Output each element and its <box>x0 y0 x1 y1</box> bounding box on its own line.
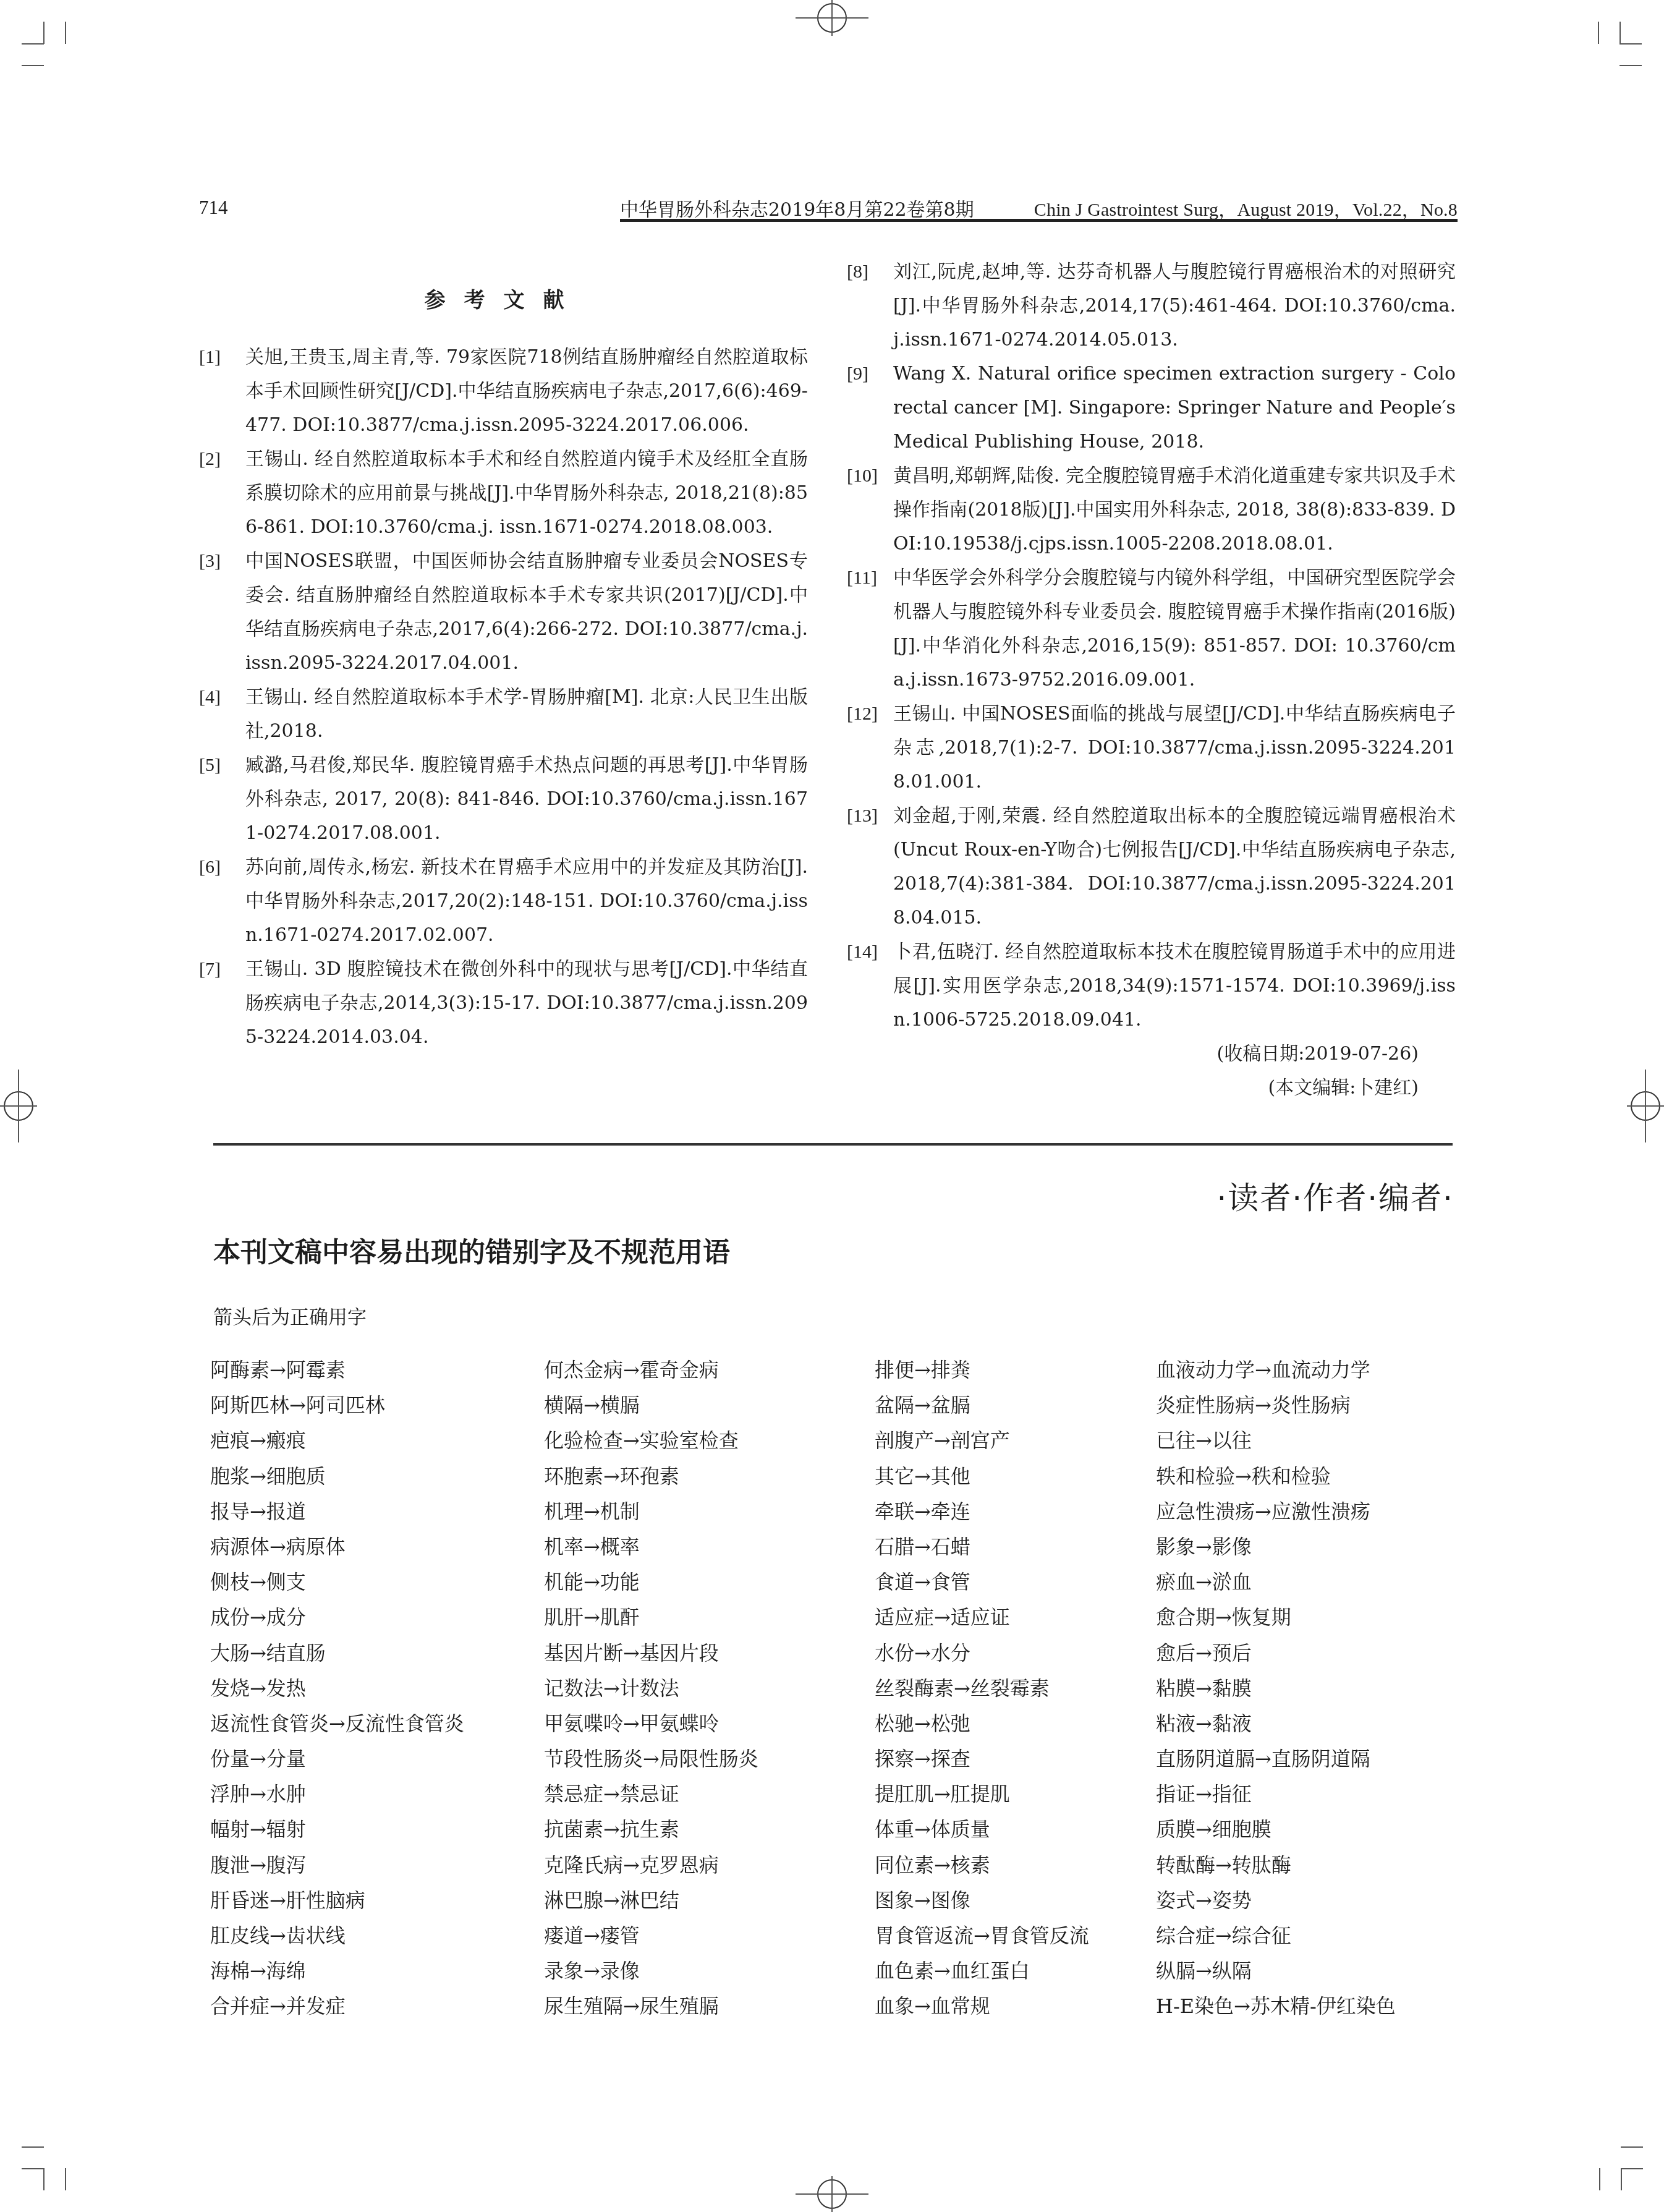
term-correction-item: 阿斯匹林→阿司匹林 <box>210 1388 544 1423</box>
term-correction-item: H-E染色→苏木精-伊红染色 <box>1156 1989 1459 2024</box>
reference-item: [11]中华医学会外科学分会腹腔镜与内镜外科学组，中国研究型医院学会机器人与腹腔… <box>847 561 1456 697</box>
term-correction-item: 提肛肌→肛提肌 <box>875 1777 1156 1812</box>
reference-item: [6]苏向前,周传永,杨宏. 新技术在胃癌手术应用中的并发症及其防治[J].中华… <box>199 850 808 952</box>
term-correction-item: 适应症→适应证 <box>875 1600 1156 1635</box>
crop-mark <box>1599 2168 1600 2190</box>
term-correction-item: 排便→排粪 <box>875 1353 1156 1388</box>
reference-item: [8]刘江,阮虎,赵坤,等. 达芬奇机器人与腹腔镜行胃癌根治术的对照研究[J].… <box>847 255 1456 357</box>
reference-item: [1]关旭,王贵玉,周主青,等. 79家医院718例结直肠肿瘤经自然腔道取标本手… <box>199 340 808 442</box>
crop-mark <box>43 2168 45 2190</box>
term-correction-item: 丝裂酶素→丝裂霉素 <box>875 1671 1156 1706</box>
term-correction-item: 成份→成分 <box>210 1600 544 1635</box>
notice-title: 本刊文稿中容易出现的错别字及不规范用语 <box>213 1230 730 1270</box>
term-correction-item: 姿式→姿势 <box>1156 1883 1459 1918</box>
running-header: 中华胃肠外科杂志2019年8月第22卷第8期 Chin J Gastrointe… <box>620 194 1458 222</box>
crop-mark <box>1621 2168 1622 2190</box>
term-correction-item: 浮肿→水肿 <box>210 1777 544 1812</box>
crop-mark <box>1598 22 1599 44</box>
reference-item: [12]王锡山. 中国NOSES面临的挑战与展望[J/CD].中华结直肠疾病电子… <box>847 697 1456 799</box>
term-correction-item: 纵膈→纵隔 <box>1156 1954 1459 1989</box>
term-correction-item: 淋巴腺→淋巴结 <box>544 1883 875 1918</box>
term-correction-item: 机理→机制 <box>544 1494 875 1529</box>
term-correction-item: 病源体→病原体 <box>210 1529 544 1565</box>
notice-subtitle: 箭头后为正确用字 <box>213 1301 367 1329</box>
crop-mark <box>1619 22 1621 44</box>
term-correction-item: 已往→以往 <box>1156 1423 1459 1458</box>
reference-item: [9]Wang X. Natural orifice specimen extr… <box>847 357 1456 459</box>
term-correction-item: 转酞酶→转肽酶 <box>1156 1848 1459 1883</box>
editor-credit: (本文编辑:卜建红) <box>847 1071 1456 1105</box>
term-correction-item: 直肠阴道膈→直肠阴道隔 <box>1156 1742 1459 1777</box>
term-correction-item: 腹泄→腹泻 <box>210 1848 544 1883</box>
term-correction-item: 报导→报道 <box>210 1494 544 1529</box>
crop-mark <box>22 65 44 66</box>
term-correction-item: 同位素→核素 <box>875 1848 1156 1883</box>
term-correction-item: 应急性溃疡→应激性溃疡 <box>1156 1494 1459 1529</box>
term-correction-item: 轶和检验→秩和检验 <box>1156 1459 1459 1494</box>
term-correction-item: 何杰金病→霍奇金病 <box>544 1353 875 1388</box>
term-correction-item: 横隔→横膈 <box>544 1388 875 1423</box>
term-correction-item: 肛皮线→齿状线 <box>210 1918 544 1954</box>
reference-item: [10]黄昌明,郑朝辉,陆俊. 完全腹腔镜胃癌手术消化道重建专家共识及手术操作指… <box>847 459 1456 561</box>
term-correction-item: 记数法→计数法 <box>544 1671 875 1706</box>
term-correction-item: 抗菌素→抗生素 <box>544 1812 875 1847</box>
term-correction-item: 剖腹产→剖宫产 <box>875 1423 1156 1458</box>
term-correction-item: 禁忌症→禁忌证 <box>544 1777 875 1812</box>
reference-item: [4]王锡山. 经自然腔道取标本手术学-胃肠肿瘤[M]. 北京:人民卫生出版社,… <box>199 680 808 748</box>
term-correction-item: 尿生殖隔→尿生殖膈 <box>544 1989 875 2024</box>
crop-mark <box>1621 2146 1643 2148</box>
term-correction-item: 胞浆→细胞质 <box>210 1459 544 1494</box>
references-right-column: [8]刘江,阮虎,赵坤,等. 达芬奇机器人与腹腔镜行胃癌根治术的对照研究[J].… <box>847 255 1456 1105</box>
term-correction-item: 化验检查→实验室检查 <box>544 1423 875 1458</box>
crop-mark <box>1621 2168 1643 2169</box>
term-correction-item: 大肠→结直肠 <box>210 1636 544 1671</box>
references-left-column: [1]关旭,王贵玉,周主青,等. 79家医院718例结直肠肿瘤经自然腔道取标本手… <box>199 340 808 1054</box>
reference-item: [14]卜君,伍晓汀. 经自然腔道取标本技术在腹腔镜胃肠道手术中的应用进展[J]… <box>847 935 1456 1037</box>
term-correction-item: 其它→其他 <box>875 1459 1156 1494</box>
term-correction-item: 探察→探查 <box>875 1742 1156 1777</box>
term-correction-item: 克隆氏病→克罗恩病 <box>544 1848 875 1883</box>
term-correction-item: 综合症→综合征 <box>1156 1918 1459 1954</box>
term-correction-item: 愈后→预后 <box>1156 1636 1459 1671</box>
term-correction-item: 炎症性肠病→炎性肠病 <box>1156 1388 1459 1423</box>
term-correction-item: 图象→图像 <box>875 1883 1156 1918</box>
term-correction-item: 幅射→辐射 <box>210 1812 544 1847</box>
journal-title-en: Chin J Gastrointest Surg，August 2019，Vol… <box>1034 194 1458 221</box>
term-correction-item: 肌肝→肌酐 <box>544 1600 875 1635</box>
term-correction-item: 体重→体质量 <box>875 1812 1156 1847</box>
crop-mark <box>22 2168 44 2169</box>
term-correction-item: 胃食管返流→胃食管反流 <box>875 1918 1156 1954</box>
crop-mark <box>43 22 45 44</box>
term-correction-item: 瘘道→瘘管 <box>544 1918 875 1954</box>
term-correction-item: 影象→影像 <box>1156 1529 1459 1565</box>
term-correction-item: 合并症→并发症 <box>210 1989 544 2024</box>
term-correction-item: 肝昏迷→肝性脑病 <box>210 1883 544 1918</box>
term-correction-item: 阿酶素→阿霉素 <box>210 1353 544 1388</box>
crop-mark <box>1619 43 1642 45</box>
term-correction-item: 血色素→血红蛋白 <box>875 1954 1156 1989</box>
term-correction-item: 基因片断→基因片段 <box>544 1636 875 1671</box>
reference-item: [7]王锡山. 3D 腹腔镜技术在微创外科中的现状与思考[J/CD].中华结直肠… <box>199 952 808 1054</box>
received-date: (收稿日期:2019-07-26) <box>847 1037 1456 1071</box>
crop-mark <box>65 2168 66 2190</box>
crop-mark <box>65 22 66 44</box>
term-correction-item: 份量→分量 <box>210 1742 544 1777</box>
term-correction-item: 粘液→黏液 <box>1156 1706 1459 1742</box>
term-correction-item: 食道→食管 <box>875 1565 1156 1600</box>
crop-mark <box>22 43 44 45</box>
reference-item: [3]中国NOSES联盟，中国医师协会结直肠肿瘤专业委员会NOSES专委会. 结… <box>199 544 808 680</box>
crop-mark <box>1619 65 1642 66</box>
references-heading: 参考文献 <box>199 283 808 313</box>
section-divider <box>213 1143 1453 1146</box>
reference-item: [5]臧潞,马君俊,郑民华. 腹腔镜胃癌手术热点问题的再思考[J].中华胃肠外科… <box>199 748 808 850</box>
term-correction-item: 海棉→海绵 <box>210 1954 544 1989</box>
term-correction-item: 机率→概率 <box>544 1529 875 1565</box>
page-number: 714 <box>199 197 228 219</box>
term-correction-item: 愈合期→恢复期 <box>1156 1600 1459 1635</box>
term-correction-item: 血象→血常规 <box>875 1989 1156 2024</box>
term-correction-item: 发烧→发热 <box>210 1671 544 1706</box>
term-correction-item: 机能→功能 <box>544 1565 875 1600</box>
term-correction-item: 瘀血→淤血 <box>1156 1565 1459 1600</box>
term-correction-item: 石腊→石蜡 <box>875 1529 1156 1565</box>
section-tag: ·读者·作者·编者· <box>1216 1173 1454 1218</box>
term-correction-item: 血液动力学→血流动力学 <box>1156 1353 1459 1388</box>
term-correction-item: 侧枝→侧支 <box>210 1565 544 1600</box>
term-correction-item: 指证→指征 <box>1156 1777 1459 1812</box>
term-correction-item: 牵联→牵连 <box>875 1494 1156 1529</box>
term-correction-item: 疤痕→瘢痕 <box>210 1423 544 1458</box>
term-correction-item: 质膜→细胞膜 <box>1156 1812 1459 1847</box>
crop-mark <box>22 2146 44 2148</box>
term-correction-item: 水份→水分 <box>875 1636 1156 1671</box>
term-correction-table: 阿酶素→阿霉素阿斯匹林→阿司匹林疤痕→瘢痕胞浆→细胞质报导→报道病源体→病原体侧… <box>210 1353 1459 2025</box>
term-correction-item: 甲氨喋呤→甲氨蝶呤 <box>544 1706 875 1742</box>
reference-item: [13]刘金超,于刚,荣震. 经自然腔道取出标本的全腹腔镜远端胃癌根治术(Unc… <box>847 799 1456 935</box>
journal-title-cn: 中华胃肠外科杂志2019年8月第22卷第8期 <box>620 194 974 221</box>
reference-item: [2]王锡山. 经自然腔道取标本手术和经自然腔道内镜手术及经肛全直肠系膜切除术的… <box>199 442 808 544</box>
term-correction-item: 松驰→松弛 <box>875 1706 1156 1742</box>
term-correction-item: 节段性肠炎→局限性肠炎 <box>544 1742 875 1777</box>
term-correction-item: 录象→录像 <box>544 1954 875 1989</box>
term-correction-item: 盆隔→盆膈 <box>875 1388 1156 1423</box>
term-correction-item: 环胞素→环孢素 <box>544 1459 875 1494</box>
term-correction-item: 粘膜→黏膜 <box>1156 1671 1459 1706</box>
term-correction-item: 返流性食管炎→反流性食管炎 <box>210 1706 544 1742</box>
